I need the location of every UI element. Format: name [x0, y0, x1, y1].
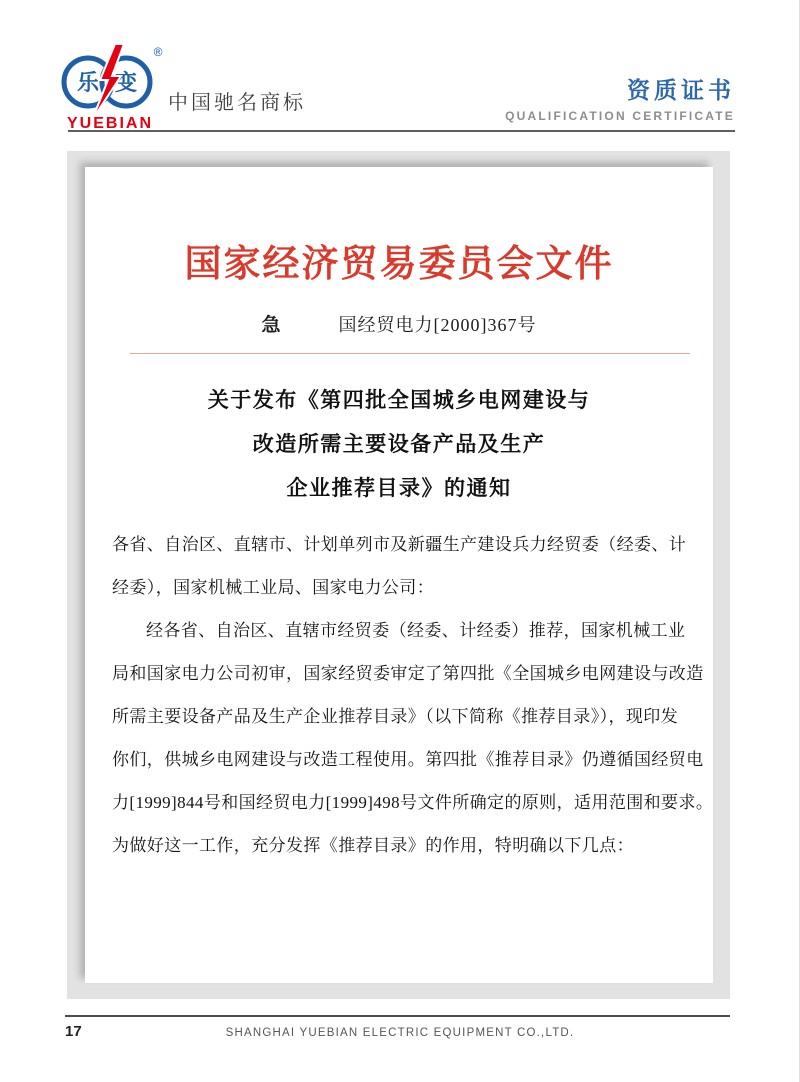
body-line: 为做好这一工作，充分发挥《推荐目录》的作用，特明确以下几点： [112, 824, 692, 867]
red-divider [130, 353, 690, 354]
subject-line: 企业推荐目录》的通知 [85, 467, 713, 511]
body-line: 力[1999]844号和国经贸电力[1999]498号文件所确定的原则，适用范围… [112, 781, 692, 824]
document-scan-frame: 国家经济贸易委员会文件 急 国经贸电力[2000]367号 关于发布《第四批全国… [67, 151, 730, 999]
body-line: 经各省、自治区、直辖市经贸委（经委、计经委）推荐，国家机械工业 [112, 609, 692, 652]
subject-line: 改造所需主要设备产品及生产 [85, 423, 713, 467]
document-number-row: 急 国经贸电力[2000]367号 [85, 310, 713, 337]
header-title-block: 资质证书 QUALIFICATION CERTIFICATE [505, 72, 735, 123]
document-title: 国家经济贸易委员会文件 [85, 233, 713, 287]
qualification-certificate-page: 乐 变 ® YUEBIAN 中国驰名商标 资质证书 QUALIFICATION … [0, 0, 800, 1082]
body-line: 所需主要设备产品及生产企业推荐目录》（以下简称《推荐目录》），现印发 [112, 695, 692, 738]
logo-char-right: 变 [115, 70, 137, 96]
document-number: 国经贸电力[2000]367号 [339, 311, 537, 337]
notice-subject: 关于发布《第四批全国城乡电网建设与改造所需主要设备产品及生产企业推荐目录》的通知 [85, 379, 713, 511]
logo-brand-text: YUEBIAN [67, 115, 153, 130]
yuebian-logo-icon: 乐 变 ® YUEBIAN [58, 44, 168, 130]
company-name: SHANGHAI YUEBIAN ELECTRIC EQUIPMENT CO.,… [0, 1027, 800, 1039]
logo-char-left: 乐 [77, 71, 100, 96]
body-line: 局和国家电力公司初审，国家经贸委审定了第四批《全国城乡电网建设与改造 [112, 652, 692, 695]
trademark-label: 中国驰名商标 [168, 86, 306, 115]
certificate-title-en: QUALIFICATION CERTIFICATE [505, 109, 735, 123]
header-divider [68, 130, 735, 132]
body-line: 经委），国家机械工业局、国家电力公司： [112, 566, 692, 609]
document-paper: 国家经济贸易委员会文件 急 国经贸电力[2000]367号 关于发布《第四批全国… [85, 167, 713, 983]
page-header: 乐 变 ® YUEBIAN 中国驰名商标 资质证书 QUALIFICATION … [0, 0, 800, 132]
footer-divider [65, 1015, 730, 1017]
certificate-title-cn: 资质证书 [505, 72, 735, 105]
body-line: 你们，供城乡电网建设与改造工程使用。第四批《推荐目录》仍遵循国经贸电 [112, 738, 692, 781]
body-line: 各省、自治区、直辖市、计划单列市及新疆生产建设兵力经贸委（经委、计 [112, 523, 692, 566]
subject-line: 关于发布《第四批全国城乡电网建设与 [85, 379, 713, 423]
urgency-label: 急 [261, 310, 280, 337]
notice-body: 各省、自治区、直辖市、计划单列市及新疆生产建设兵力经贸委（经委、计经委），国家机… [112, 523, 692, 867]
registered-mark: ® [154, 45, 163, 59]
